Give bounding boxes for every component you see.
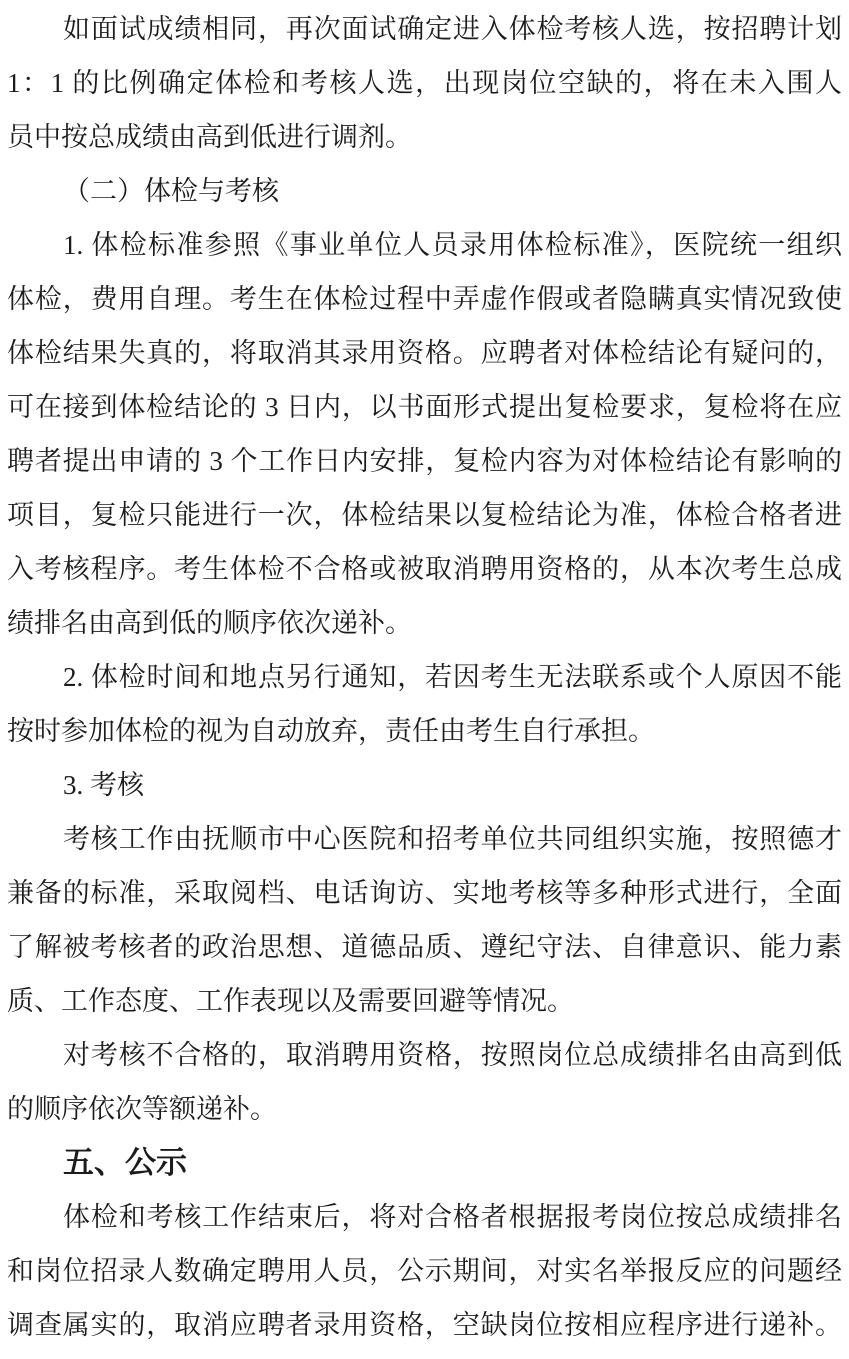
- text-line: 兼备的标准，采取阅档、电话询访、实地考核等多种形式进行，全面: [7, 866, 842, 920]
- text-line: 1：1 的比例确定体检和考核人选，出现岗位空缺的，将在未入围人: [7, 56, 842, 110]
- text-line: 入考核程序。考生体检不合格或被取消聘用资格的，从本次考生总成: [7, 542, 842, 596]
- text-line: 的顺序依次等额递补。: [7, 1082, 842, 1136]
- text-line: 2. 体检时间和地点另行通知，若因考生无法联系或个人原因不能: [7, 650, 842, 704]
- text-line: 如面试成绩相同，再次面试确定进入体检考核人选，按招聘计划: [7, 2, 842, 56]
- text-line: 员中按总成绩由高到低进行调剂。: [7, 110, 842, 164]
- document-page: 如面试成绩相同，再次面试确定进入体检考核人选，按招聘计划1：1 的比例确定体检和…: [0, 0, 849, 1359]
- text-line: 考核工作由抚顺市中心医院和招考单位共同组织实施，按照德才: [7, 812, 842, 866]
- text-line: 和岗位招录人数确定聘用人员，公示期间，对实名举报反应的问题经: [7, 1244, 842, 1298]
- document-body: 如面试成绩相同，再次面试确定进入体检考核人选，按招聘计划1：1 的比例确定体检和…: [7, 2, 842, 1352]
- text-line: 了解被考核者的政治思想、道德品质、遵纪守法、自律意识、能力素: [7, 920, 842, 974]
- section-heading: 五、公示: [7, 1136, 842, 1190]
- text-line: 调查属实的，取消应聘者录用资格，空缺岗位按相应程序进行递补。: [7, 1298, 842, 1352]
- text-line: 3. 考核: [7, 758, 842, 812]
- text-line: 绩排名由高到低的顺序依次递补。: [7, 596, 842, 650]
- text-line: 体检和考核工作结束后，将对合格者根据报考岗位按总成绩排名: [7, 1190, 842, 1244]
- text-line: 按时参加体检的视为自动放弃，责任由考生自行承担。: [7, 704, 842, 758]
- text-line: 体检结果失真的，将取消其录用资格。应聘者对体检结论有疑问的，: [7, 326, 842, 380]
- text-line: 可在接到体检结论的 3 日内，以书面形式提出复检要求，复检将在应: [7, 380, 842, 434]
- text-line: 聘者提出申请的 3 个工作日内安排，复检内容为对体检结论有影响的: [7, 434, 842, 488]
- text-line: 体检，费用自理。考生在体检过程中弄虚作假或者隐瞒真实情况致使: [7, 272, 842, 326]
- text-line: 质、工作态度、工作表现以及需要回避等情况。: [7, 974, 842, 1028]
- text-line: 1. 体检标准参照《事业单位人员录用体检标准》，医院统一组织: [7, 218, 842, 272]
- text-line: （二）体检与考核: [7, 164, 842, 218]
- text-line: 项目，复检只能进行一次，体检结果以复检结论为准，体检合格者进: [7, 488, 842, 542]
- text-line: 对考核不合格的，取消聘用资格，按照岗位总成绩排名由高到低: [7, 1028, 842, 1082]
